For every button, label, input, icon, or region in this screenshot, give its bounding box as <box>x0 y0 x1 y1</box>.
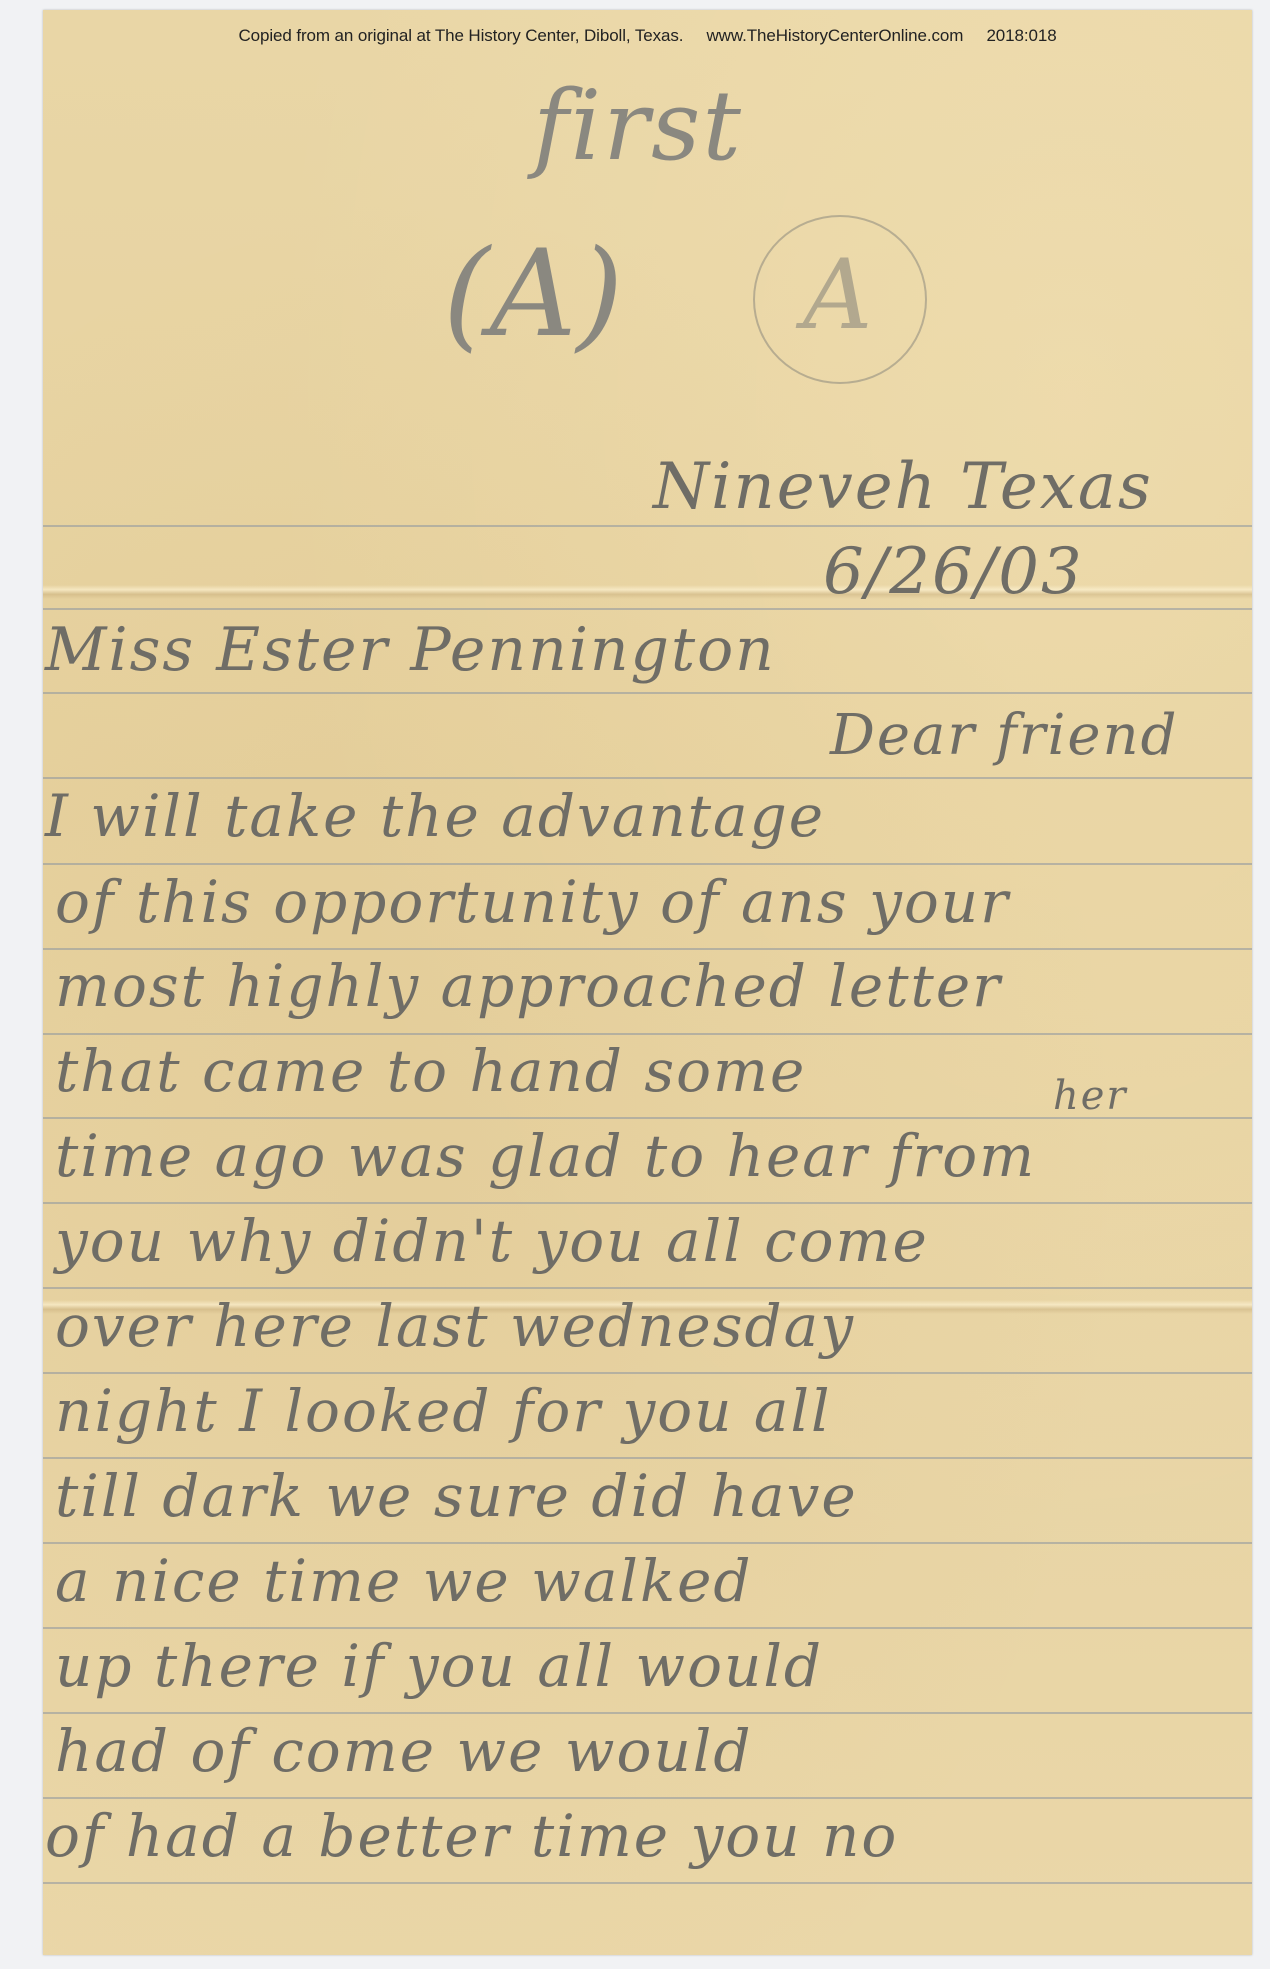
letter-date: 6/26/03 <box>823 535 1084 609</box>
top-label-first: first <box>533 70 743 182</box>
body-line: you why didn't you all come <box>55 1207 929 1275</box>
letter-page: Copied from an original at The History C… <box>43 10 1252 1955</box>
ruled-line <box>43 692 1252 694</box>
ruled-line <box>43 1457 1252 1459</box>
archive-header: Copied from an original at The History C… <box>43 26 1252 46</box>
ruled-line <box>43 1882 1252 1884</box>
letter-place: Nineveh Texas <box>653 450 1153 524</box>
archive-note: Copied from an original at The History C… <box>238 26 683 45</box>
catalog-id: 2018:018 <box>986 26 1056 45</box>
body-line: had of come we would <box>55 1717 752 1785</box>
letter-mark: (A) <box>443 225 623 364</box>
ruled-line <box>43 1712 1252 1714</box>
body-line: up there if you all would <box>55 1632 823 1700</box>
archive-website: www.TheHistoryCenterOnline.com <box>707 26 964 45</box>
ruled-line <box>43 525 1252 527</box>
ruled-line <box>43 1797 1252 1799</box>
ruled-line <box>43 863 1252 865</box>
interlinear-insert: her <box>1053 1073 1128 1119</box>
body-line: a nice time we walked <box>55 1547 753 1615</box>
ruled-line <box>43 1627 1252 1629</box>
circled-mark-letter: A <box>803 239 872 351</box>
body-line: of had a better time you no <box>45 1802 898 1870</box>
body-line: of this opportunity of ans your <box>55 868 1010 936</box>
body-line: night I looked for you all <box>55 1377 832 1445</box>
ruled-line <box>43 1287 1252 1289</box>
ruled-line <box>43 948 1252 950</box>
circled-mark: A <box>753 215 927 384</box>
body-line: I will take the advantage <box>45 782 825 850</box>
body-line: that came to hand some <box>55 1037 806 1105</box>
ruled-line <box>43 1033 1252 1035</box>
letter-salutation: Dear friend <box>830 703 1178 768</box>
ruled-line <box>43 1202 1252 1204</box>
letter-addressee: Miss Ester Pennington <box>45 615 776 685</box>
body-line: most highly approached letter <box>55 952 1002 1020</box>
body-line: till dark we sure did have <box>55 1462 858 1530</box>
body-line: time ago was glad to hear from <box>55 1122 1036 1190</box>
ruled-line <box>43 1542 1252 1544</box>
ruled-line <box>43 1372 1252 1374</box>
body-line: over here last wednesday <box>55 1292 855 1360</box>
ruled-line <box>43 777 1252 779</box>
